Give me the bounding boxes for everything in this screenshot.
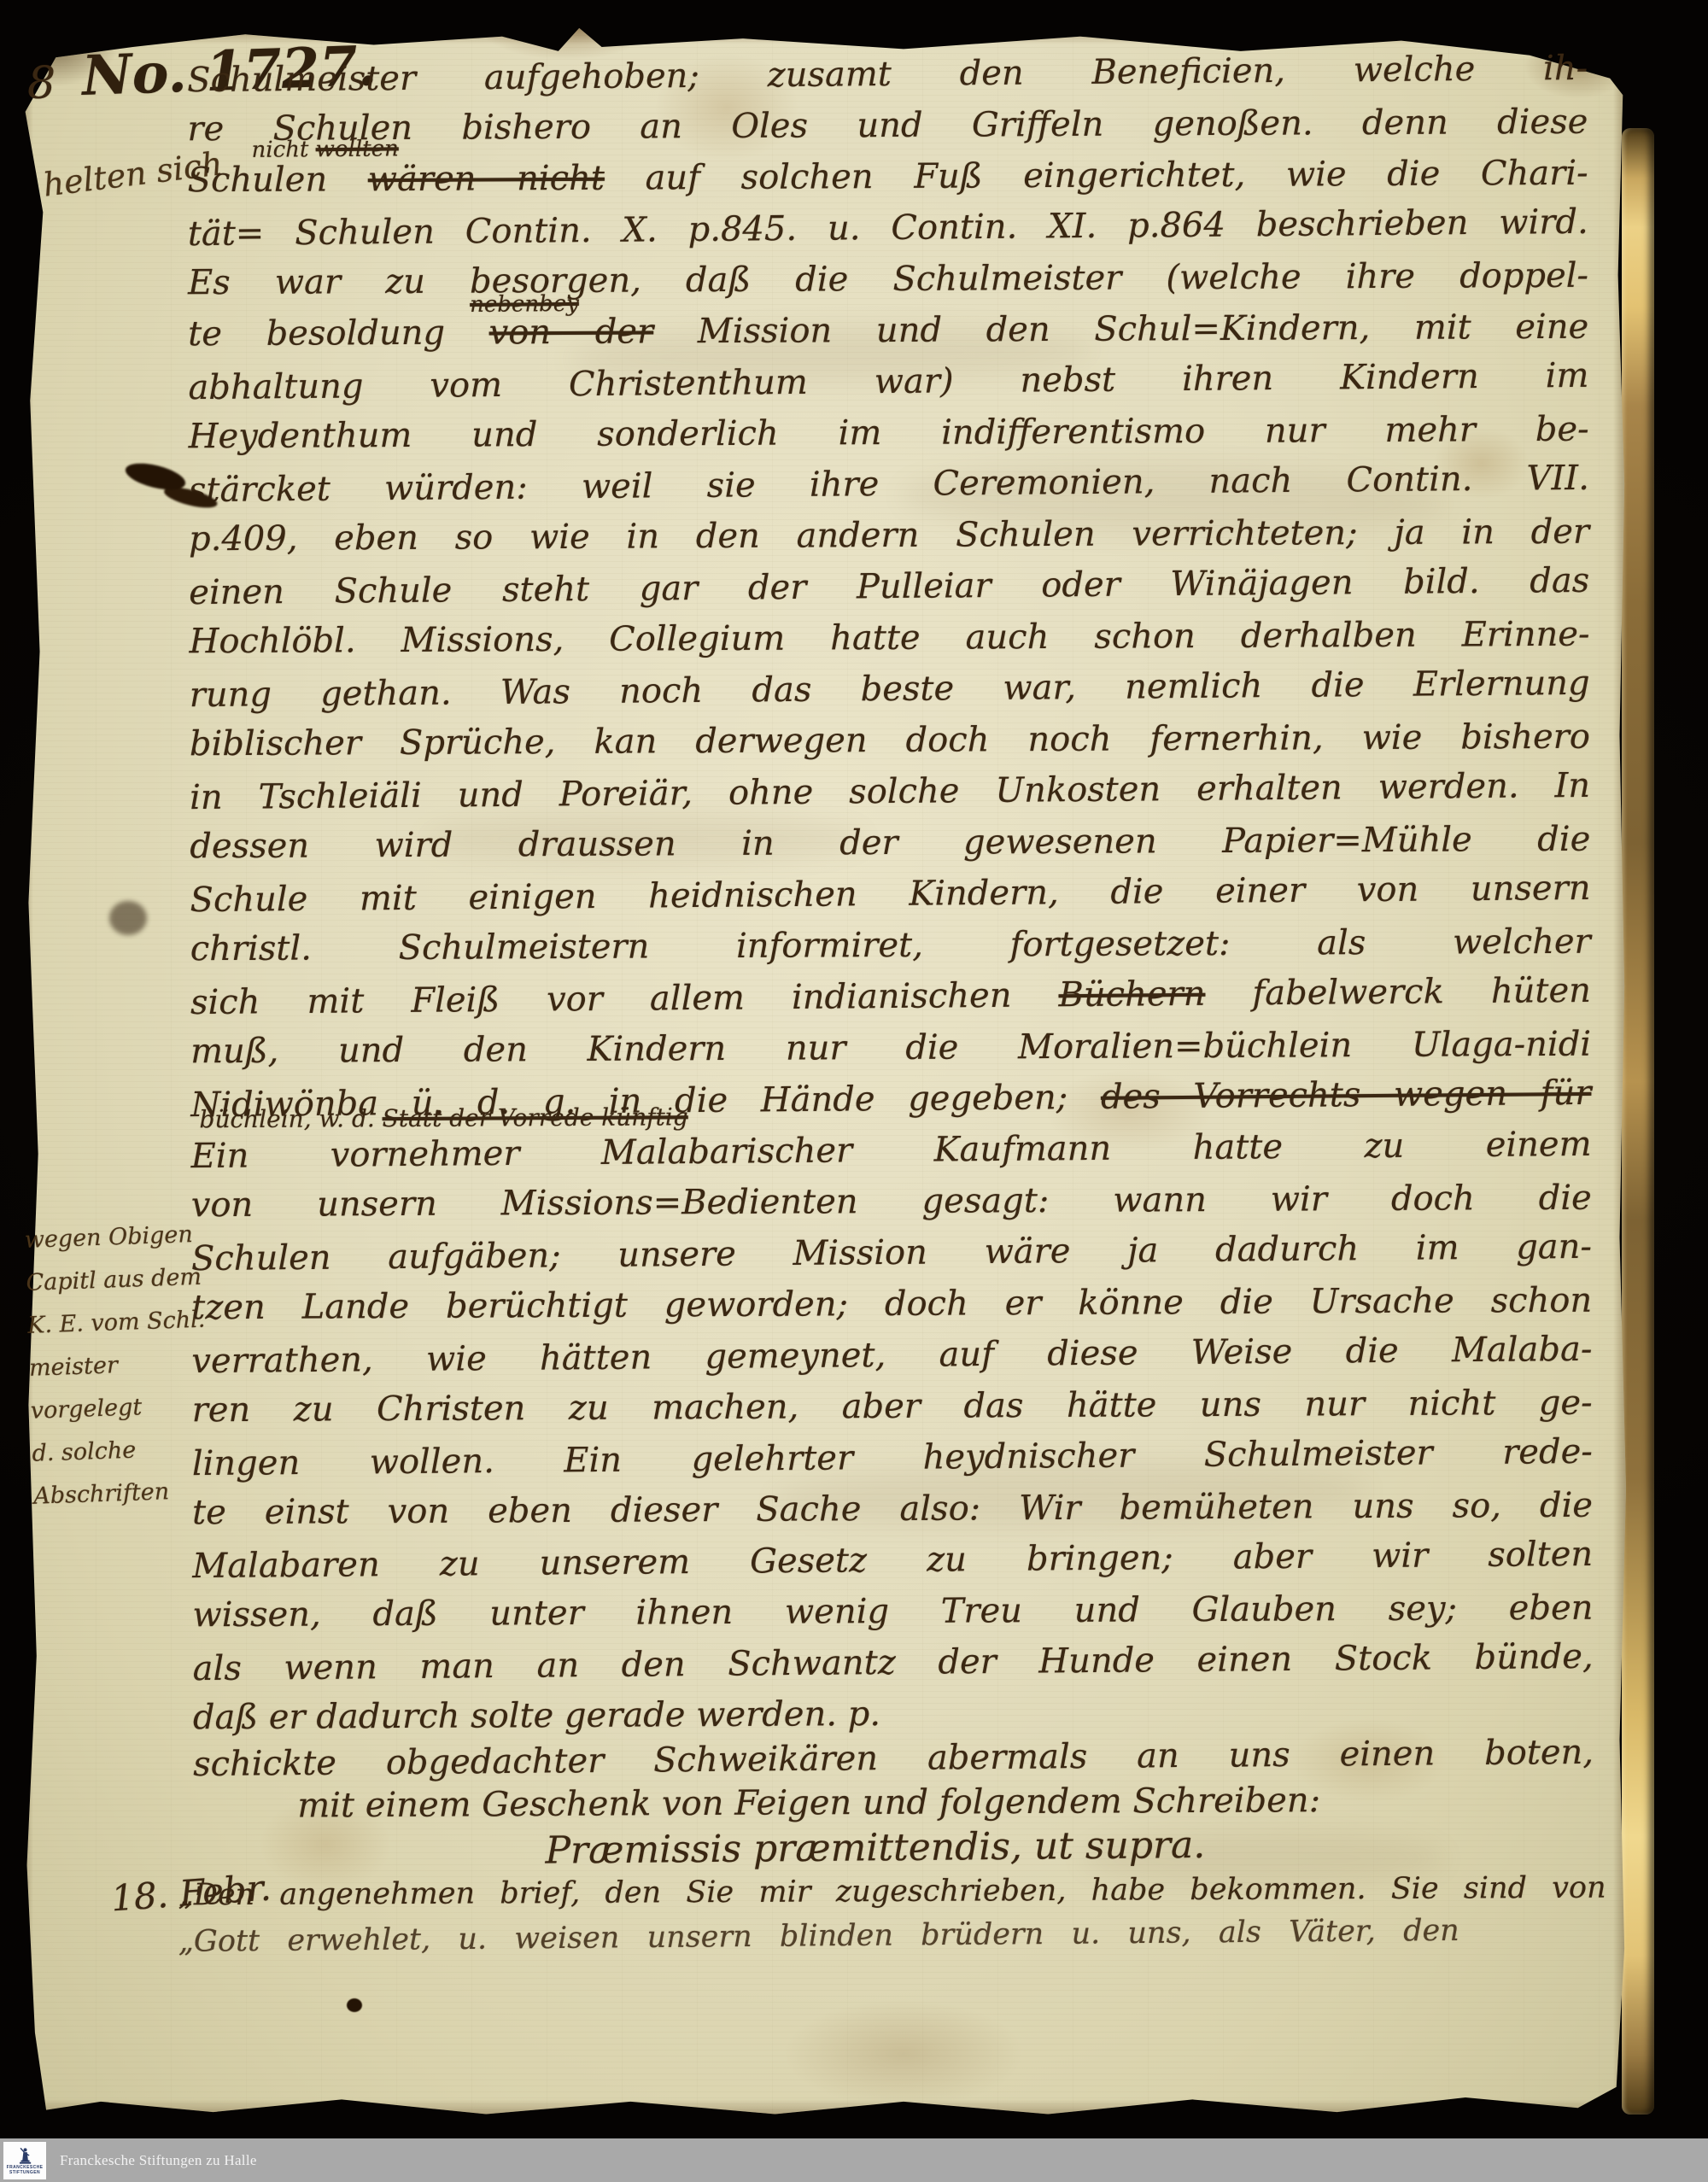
- document-viewer: 8 No. 1727. helten sich wegen ObigenCapi…: [0, 0, 1708, 2182]
- francke-statue-icon: [15, 2146, 34, 2165]
- logo-text-line2: STIFTUNGEN: [7, 2170, 44, 2175]
- franckesche-logo: FRANCKESCHE STIFTUNGEN: [3, 2142, 46, 2179]
- logo-text: FRANCKESCHE STIFTUNGEN: [7, 2165, 44, 2175]
- manuscript-line: mit einem Geschenk von Feigen und folgen…: [297, 1779, 1305, 1828]
- manuscript-line: Præmissis præmittendis, ut supra.: [545, 1821, 1608, 1875]
- adjacent-page-edge: [1622, 128, 1654, 2115]
- manuscript-line: Es war zu besorgen, daß die Schulmeister…: [188, 254, 1588, 313]
- manuscript-text-block: Schulmeister aufgehoben; zusamt den Bene…: [172, 50, 1609, 1962]
- footer-institution-label: Franckesche Stiftungen zu Halle: [60, 2152, 257, 2169]
- page-number: 8: [27, 58, 56, 109]
- manuscript-line: „Gott erwehlet, u. weisen unsern blinden…: [178, 1910, 1459, 1965]
- viewer-footer: FRANCKESCHE STIFTUNGEN Franckesche Stift…: [0, 2138, 1708, 2182]
- logo-text-line1: FRANCKESCHE: [7, 2165, 44, 2170]
